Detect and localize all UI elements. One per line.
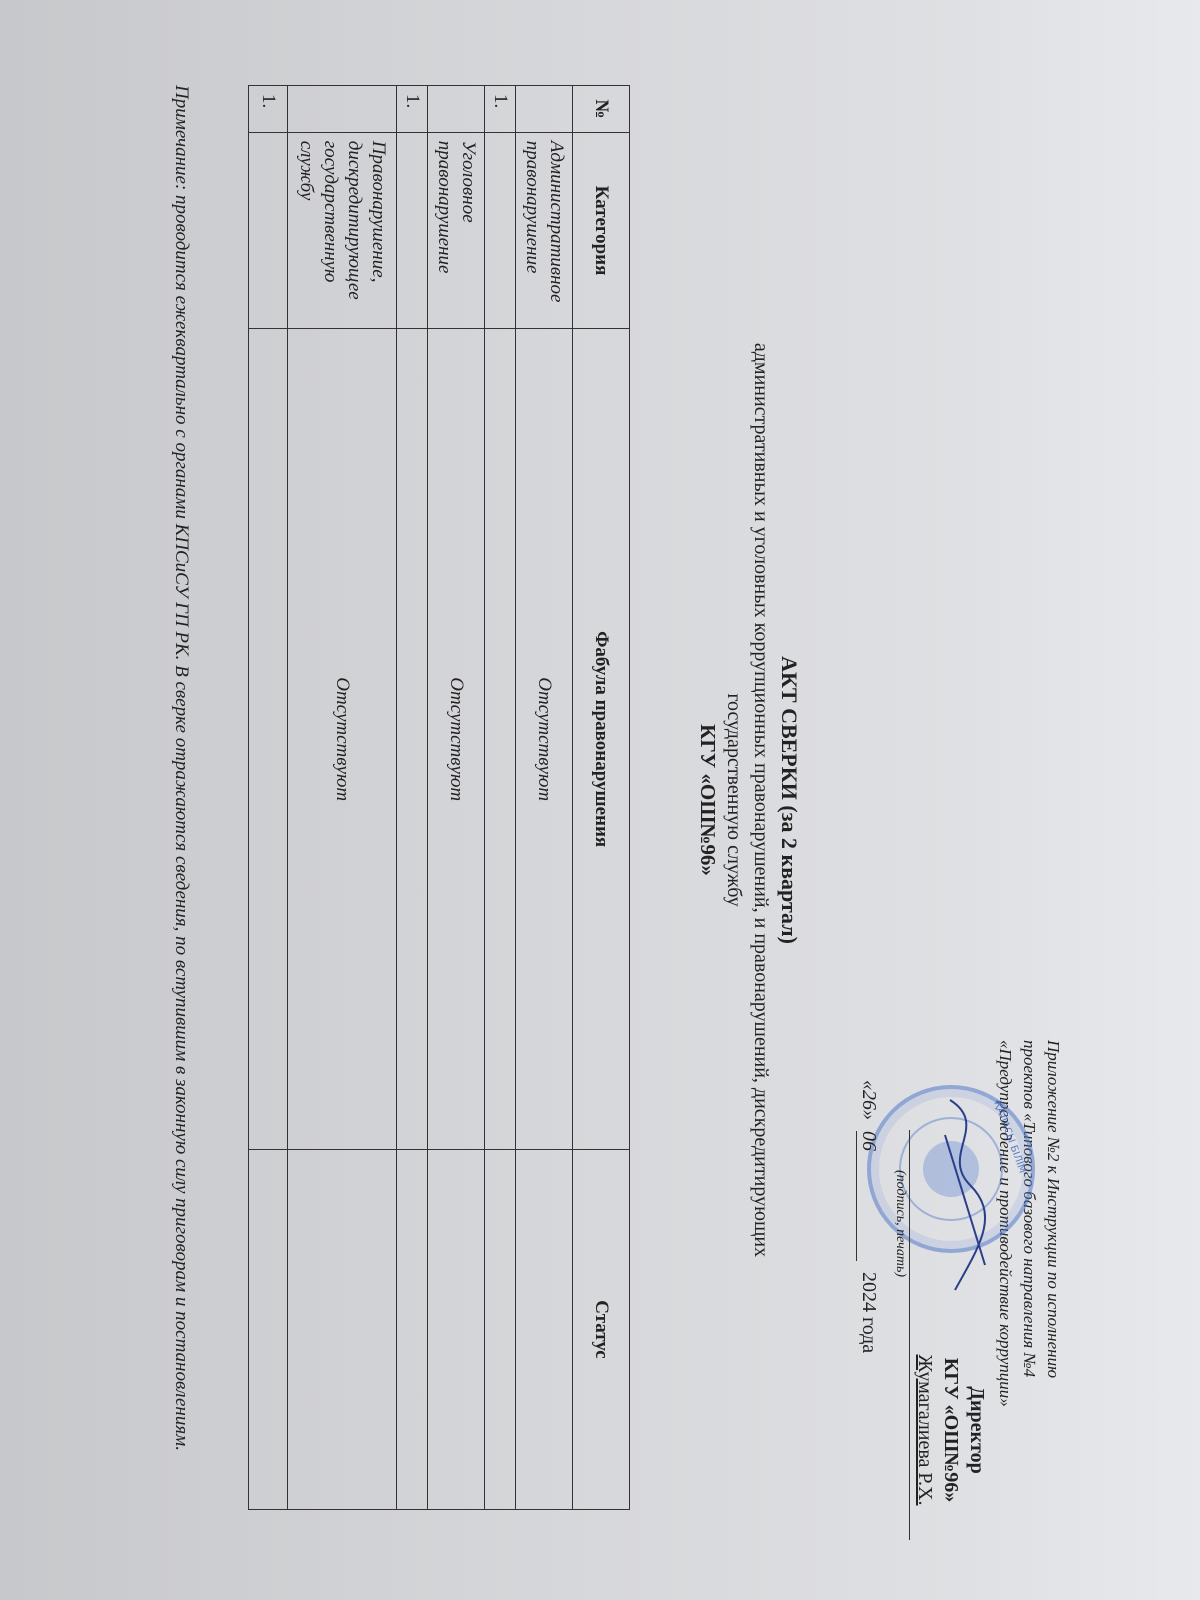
row-number: 1. [249, 86, 288, 133]
section-fabula: Отсутствуют [288, 329, 397, 1150]
row-number: 1. [485, 86, 516, 133]
document-page: Приложение №2 к Инструкции по исполнению… [0, 0, 1200, 1600]
footnote: Примечание: проводится ежеквартально с о… [167, 85, 195, 1515]
date-day: «26» [858, 1080, 880, 1120]
table-row: 1. [485, 86, 516, 1510]
document-subtitle: административных и уголовных коррупционн… [749, 0, 772, 1600]
section-category: Уголовное правонарушение [428, 132, 485, 329]
header-number: № [573, 86, 630, 133]
header-category: Категория [573, 132, 630, 329]
section-category: Административное правонарушение [516, 132, 573, 329]
table-row: 1. [397, 86, 428, 1510]
date-year: 2024 года [858, 1272, 880, 1353]
appendix-line: Приложение №2 к Инструкции по исполнению [1041, 1040, 1065, 1560]
document-subtitle-cont: государственную службу [722, 0, 745, 1600]
document-title: АКТ СВЕРКИ (за 2 квартал) [776, 0, 802, 1600]
table-row: Административное правонарушение Отсутств… [516, 86, 573, 1510]
table-row: 1. [249, 86, 288, 1510]
date-month: 06 [858, 1131, 880, 1151]
approval-date: «26» 06 2024 года [856, 1080, 880, 1600]
section-fabula: Отсутствуют [428, 329, 485, 1150]
signature-caption: (подпись, печать) [892, 1170, 908, 1277]
row-number: 1. [397, 86, 428, 133]
appendix-line: проектов «Типового базового направления … [1017, 1040, 1041, 1560]
table-header: № Категория Фабула правонарушения Статус [573, 86, 630, 1510]
approver-role: Директор [964, 1270, 990, 1590]
section-fabula: Отсутствуют [516, 329, 573, 1150]
approver-org: КГУ «ОШ№96» [938, 1270, 964, 1590]
header-status: Статус [573, 1150, 630, 1510]
section-category: Правонарушение, дискредитирующее государ… [288, 132, 397, 329]
table-row: Уголовное правонарушение Отсутствуют [428, 86, 485, 1510]
organization-name: КГУ «ОШ№96» [695, 0, 720, 1600]
approval-block: Директор КГУ «ОШ№96» Жумагалиева Р.Х. [912, 1270, 990, 1590]
approver-name: Жумагалиева Р.Х. [912, 1270, 938, 1590]
reconciliation-table: № Категория Фабула правонарушения Статус… [248, 85, 630, 1510]
signature-icon [930, 1095, 1000, 1295]
signature-line [909, 1130, 910, 1540]
table-row: Правонарушение, дискредитирующее государ… [288, 86, 397, 1510]
header-fabula: Фабула правонарушения [573, 329, 630, 1150]
